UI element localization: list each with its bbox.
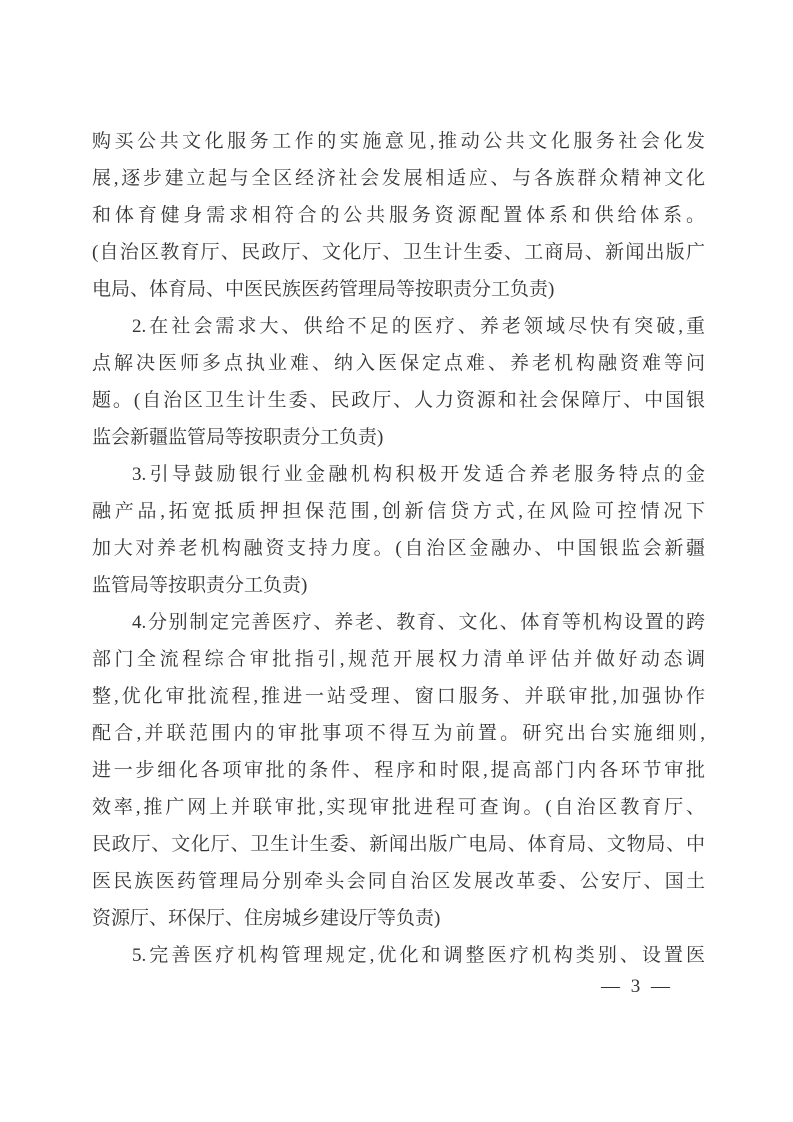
document-line: 4.分别制定完善医疗、养老、教育、文化、体育等机构设置的跨 bbox=[92, 604, 705, 641]
document-line: 2.在社会需求大、供给不足的医疗、养老领域尽快有突破,重 bbox=[92, 308, 705, 345]
document-line: 进一步细化各项审批的条件、程序和时限,提高部门内各环节审批 bbox=[92, 752, 705, 789]
document-line: 整,优化审批流程,推进一站受理、窗口服务、并联审批,加强协作 bbox=[92, 678, 705, 715]
document-page: 购买公共文化服务工作的实施意见,推动公共文化服务社会化发展,逐步建立起与全区经济… bbox=[0, 0, 793, 1122]
document-line: 部门全流程综合审批指引,规范开展权力清单评估并做好动态调 bbox=[92, 641, 705, 678]
document-line: 购买公共文化服务工作的实施意见,推动公共文化服务社会化发 bbox=[92, 123, 705, 160]
document-line: 和体育健身需求相符合的公共服务资源配置体系和供给体系。 bbox=[92, 197, 705, 234]
document-line: 效率,推广网上并联审批,实现审批进程可查询。(自治区教育厅、 bbox=[92, 789, 705, 826]
page-number: — 3 — bbox=[601, 968, 681, 1005]
document-line: 民政厅、文化厅、卫生计生委、新闻出版广电局、体育局、文物局、中 bbox=[92, 826, 705, 863]
document-line: 点解决医师多点执业难、纳入医保定点难、养老机构融资难等问 bbox=[92, 345, 705, 382]
document-line: 展,逐步建立起与全区经济社会发展相适应、与各族群众精神文化 bbox=[92, 160, 705, 197]
document-line: 资源厅、环保厅、住房城乡建设厅等负责) bbox=[92, 900, 705, 937]
document-line: 医民族医药管理局分别牵头会同自治区发展改革委、公安厅、国土 bbox=[92, 863, 705, 900]
document-line: 融产品,拓宽抵质押担保范围,创新信贷方式,在风险可控情况下 bbox=[92, 493, 705, 530]
document-line: 电局、体育局、中医民族医药管理局等按职责分工负责) bbox=[92, 271, 705, 308]
document-line: 题。(自治区卫生计生委、民政厅、人力资源和社会保障厅、中国银 bbox=[92, 382, 705, 419]
document-lines: 购买公共文化服务工作的实施意见,推动公共文化服务社会化发展,逐步建立起与全区经济… bbox=[92, 123, 705, 974]
document-line: 配合,并联范围内的审批事项不得互为前置。研究出台实施细则, bbox=[92, 715, 705, 752]
document-line: 监管局等按职责分工负责) bbox=[92, 567, 705, 604]
document-line: 3.引导鼓励银行业金融机构积极开发适合养老服务特点的金 bbox=[92, 456, 705, 493]
document-line: 监会新疆监管局等按职责分工负责) bbox=[92, 419, 705, 456]
document-line: (自治区教育厅、民政厅、文化厅、卫生计生委、工商局、新闻出版广 bbox=[92, 234, 705, 271]
document-line: 加大对养老机构融资支持力度。(自治区金融办、中国银监会新疆 bbox=[92, 530, 705, 567]
